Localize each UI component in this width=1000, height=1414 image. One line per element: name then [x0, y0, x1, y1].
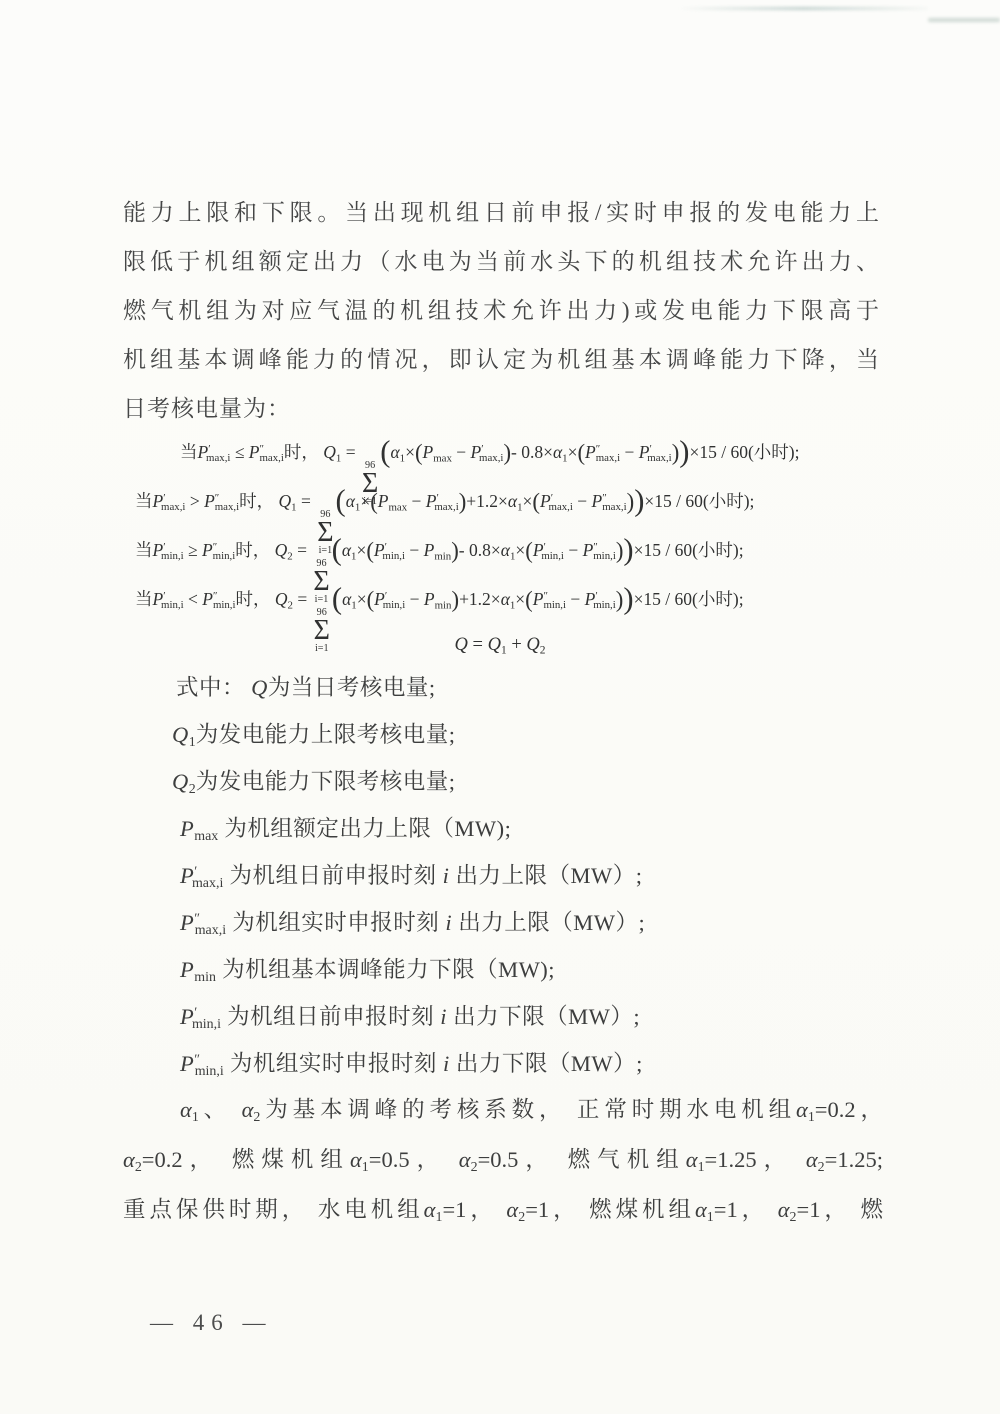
page-number: — 46 — [150, 1308, 273, 1338]
text-line: Pmax 为机组额定出力上限（MW); [123, 805, 913, 852]
page-number-label: — 46 — [150, 1310, 273, 1335]
text-line: P′max,i 为机组日前申报时刻 i 出力上限（MW）; [123, 852, 913, 899]
paragraph-coefficients: α1、 α2为基本调峰的考核系数， 正常时期水电机组α1=0.2，α2=0.2，… [123, 1085, 883, 1235]
text-line: P′min,i 为机组日前申报时刻 i 出力下限（MW）; [123, 993, 913, 1040]
text-line: Q1为发电能力上限考核电量; [123, 711, 913, 758]
text-line: 能力上限和下限。当出现机组日前申报/实时申报的发电能力上 [123, 188, 880, 237]
formula-total: Q = Q1 + Q2 [0, 625, 1000, 665]
paragraph-intro: 能力上限和下限。当出现机组日前申报/实时申报的发电能力上限低于机组额定出力（水电… [123, 188, 880, 433]
text-line: 燃气机组为对应气温的机组技术允许出力)或发电能力下限高于 [123, 286, 880, 335]
text-line: 重点保供时期， 水电机组α1=1， α2=1， 燃煤机组α1=1， α2=1， … [123, 1185, 883, 1235]
text-line: 式中： Q为当日考核电量; [123, 664, 913, 711]
text-line: 日考核电量为： [123, 384, 880, 433]
text-line: 限低于机组额定出力（水电为当前水头下的机组技术允许出力、 [123, 237, 880, 286]
text-line: α2=0.2， 燃煤机组α1=0.5， α2=0.5， 燃气机组α1=1.25，… [123, 1135, 883, 1185]
text-line: 当P′min,i ≥ P″min,i时， Q2 = 96Σi=1(α1×(P′m… [123, 526, 923, 575]
text-line: 当P′min,i < P″min,i时， Q2 = 96Σi=1(α1×(P′m… [123, 575, 923, 624]
text-line: 当P′max,i ≤ P″max,i时， Q1 = 96Σi=1(α1×(Pma… [123, 428, 923, 477]
document-page: 能力上限和下限。当出现机组日前申报/实时申报的发电能力上限低于机组额定出力（水电… [0, 0, 1000, 1414]
formula-block: 当P′max,i ≤ P″max,i时， Q1 = 96Σi=1(α1×(Pma… [123, 428, 923, 624]
definitions-block: 式中： Q为当日考核电量;Q1为发电能力上限考核电量;Q2为发电能力下限考核电量… [123, 664, 913, 1087]
scan-streak-artifact [928, 18, 1000, 22]
text-line: α1、 α2为基本调峰的考核系数， 正常时期水电机组α1=0.2， [123, 1085, 883, 1135]
scan-streak-artifact [678, 7, 928, 10]
text-line: Q2为发电能力下限考核电量; [123, 758, 913, 805]
text-line: P″max,i 为机组实时申报时刻 i 出力上限（MW）; [123, 899, 913, 946]
text-line: 当P′max,i > P″max,i时， Q1 = 96Σi=1(α1×(Pma… [123, 477, 923, 526]
text-line: 机组基本调峰能力的情况，即认定为机组基本调峰能力下降，当 [123, 335, 880, 384]
text-line: P″min,i 为机组实时申报时刻 i 出力下限（MW）; [123, 1040, 913, 1087]
text-line: Pmin 为机组基本调峰能力下限（MW); [123, 946, 913, 993]
